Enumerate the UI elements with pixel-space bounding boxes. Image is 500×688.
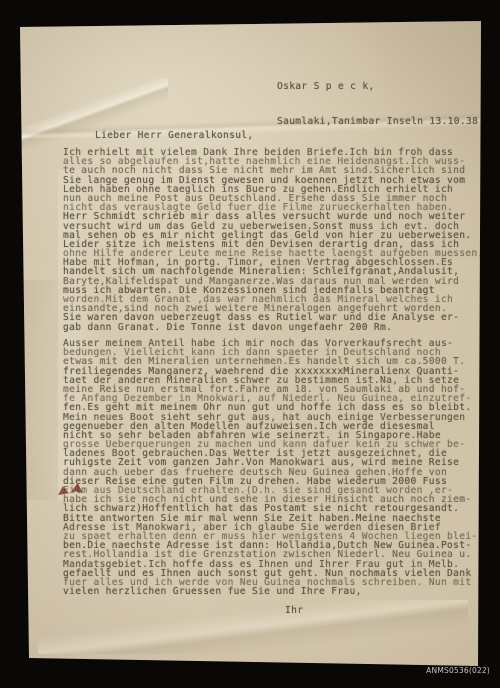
letter-line: habe ich sie noch nicht und sehe in dies…: [63, 495, 478, 504]
letter-line: gab dann Granat. Die Tonne ist davon ung…: [63, 323, 484, 332]
letter-paper: Oskar S p e c k, Saumlaki,Tanimbar Insel…: [18, 20, 482, 668]
letter-line: Habe mit Hofman, in portg. Timor, einen …: [63, 258, 484, 267]
letter-line: nicht das verauslagte Geld fuer die Film…: [63, 203, 484, 212]
sender-block: Oskar S p e c k, Saumlaki,Tanimbar Insel…: [277, 58, 484, 150]
letter-line: dann auch ueber das fruehere deutsch Neu…: [63, 468, 478, 477]
sender-place-date: Saumlaki,Tanimbar Inseln 13.10.38.: [277, 116, 484, 128]
letter-paragraph-2: Ausser meinem Anteil habe ich mir noch d…: [63, 339, 478, 596]
salutation: Lieber Herr Generalkonsul,: [95, 131, 254, 140]
closing-word: Ihr: [285, 606, 303, 615]
paper-crease: [38, 600, 468, 654]
letter-line: etwas mit den Mineralien unternehmen.Es …: [63, 357, 478, 366]
letter-line: te auch noch nicht dass Sie nicht mehr i…: [63, 166, 484, 175]
letter-line: Mein neues Boot sieht sehr gut aus, hat …: [63, 413, 478, 422]
letter-paragraph-1: Ich erhielt mit vielem Dank Ihre beiden …: [63, 148, 484, 332]
ink-stain-blob: [71, 483, 83, 493]
letter-line: zu spaet erhalten denn er muss hier weni…: [63, 532, 478, 541]
letter-line: fe Anfang Dezember in Mnokwari, auf Nied…: [63, 394, 478, 403]
letter-line: Mandatsgebiet.Ich hoffe dass es Ihnen un…: [63, 560, 478, 569]
letter-line: vielen herzlichen Gruessen fue Sie und I…: [63, 587, 478, 596]
letter-line: Baryte,Kalifeldspat und Manganerze.Was d…: [63, 277, 484, 286]
sender-name: Oskar S p e c k,: [277, 81, 484, 93]
ink-stain-blob: [58, 486, 69, 495]
letter-line: fuer alles und ich werde von Neu Guinea …: [63, 578, 478, 587]
letter-line: einsandte,sind noch zwei weitere Mineral…: [63, 304, 484, 313]
archive-photo-background: Oskar S p e c k, Saumlaki,Tanimbar Insel…: [0, 0, 500, 688]
letter-line: versucht wird um das Geld zu ueberweisen…: [63, 222, 484, 231]
archive-catalog-label: ANMS0536(022): [426, 666, 490, 675]
ink-stain: [56, 482, 92, 500]
letter-line: ladenes Boot gebrauchen.Das Wetter ist j…: [63, 449, 478, 458]
